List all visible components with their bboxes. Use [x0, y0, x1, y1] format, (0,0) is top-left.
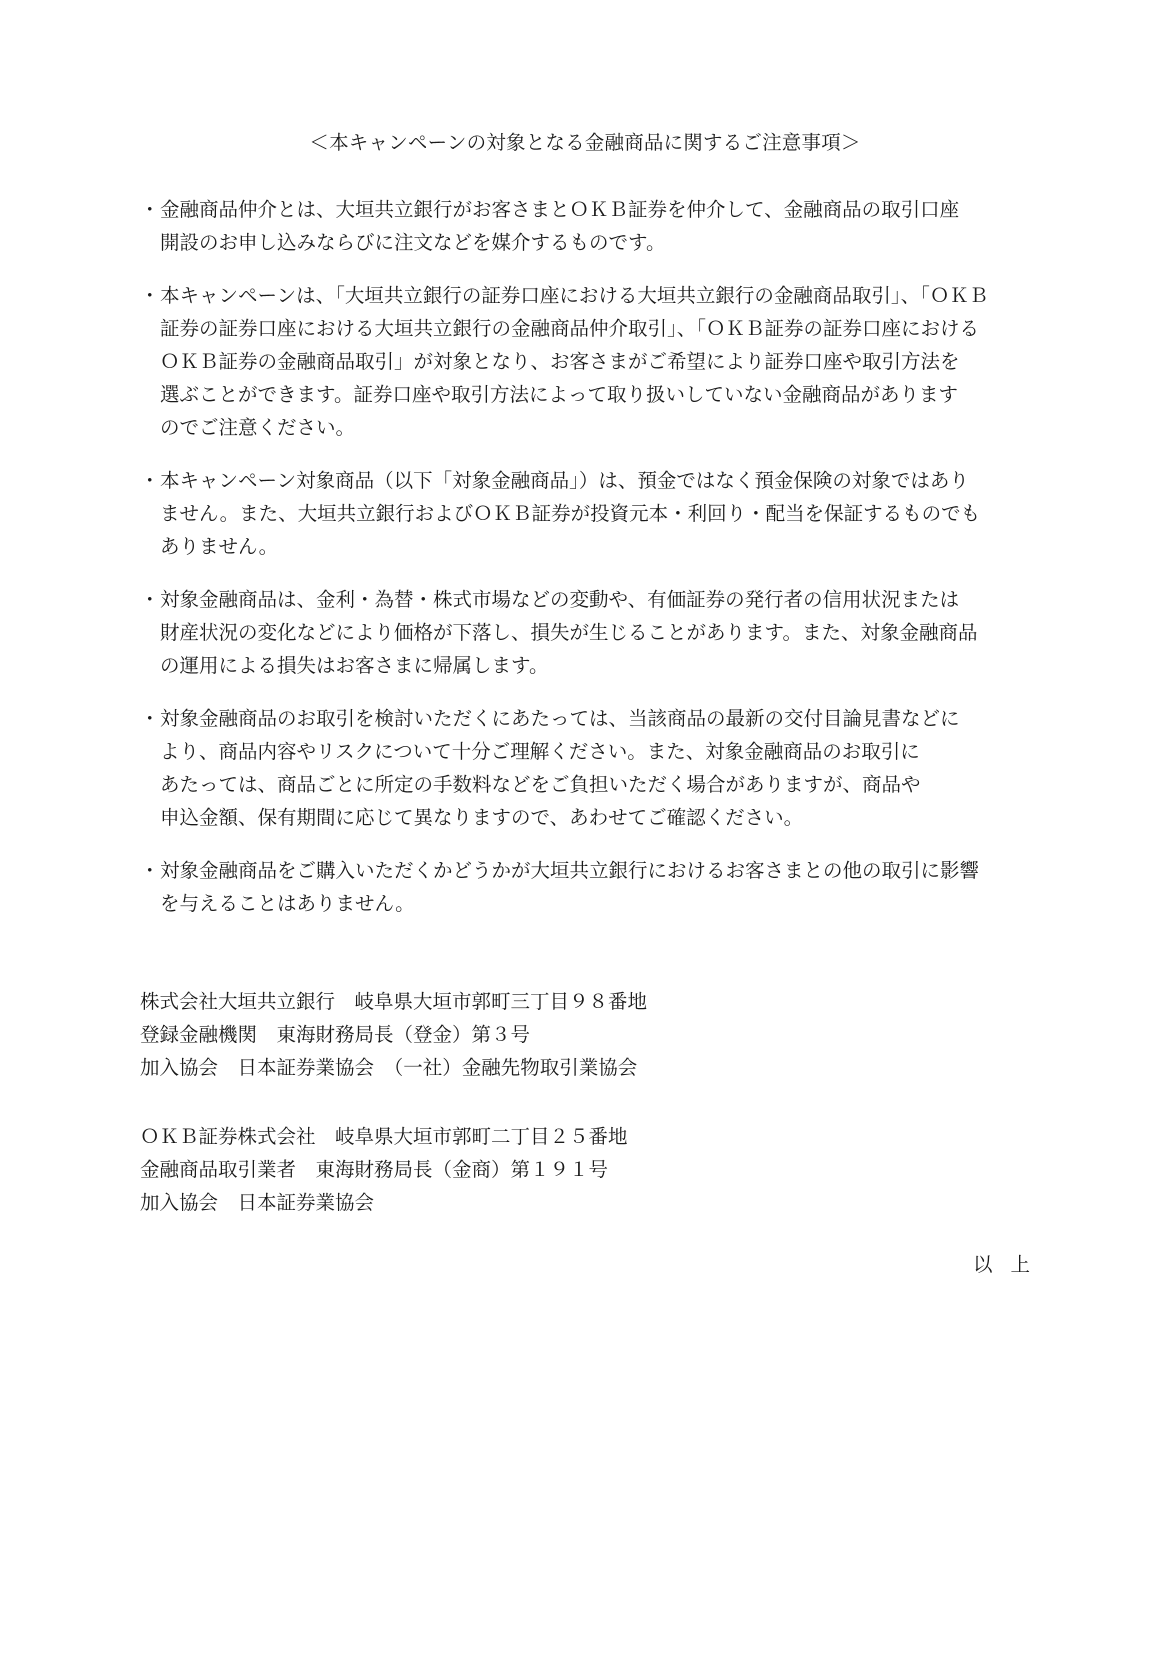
company-registration: 登録金融機関 東海財務局長（登金）第３号 — [140, 1018, 647, 1051]
notice-item-price-risk: ・ 対象金融商品は、金利・為替・株式市場などの変動や、有価証券の発行者の信用状況… — [140, 583, 1030, 682]
document-title: ＜本キャンペーンの対象となる金融商品に関するご注意事項＞ — [0, 128, 1170, 158]
bullet-icon: ・ — [140, 193, 160, 226]
notice-line: 証券の証券口座における大垣共立銀行の金融商品仲介取引」、「ＯＫＢ証券の証券口座に… — [160, 312, 1030, 345]
bullet-icon: ・ — [140, 464, 160, 497]
company-address: 株式会社大垣共立銀行 岐阜県大垣市郭町三丁目９８番地 — [140, 985, 647, 1018]
closing-mark: 以上 — [973, 1250, 1048, 1280]
bullet-icon: ・ — [140, 583, 160, 616]
notice-line: 申込金額、保有期間に応じて異なりますので、あわせてご確認ください。 — [160, 801, 1030, 834]
company-associations: 加入協会 日本証券業協会 — [140, 1186, 628, 1219]
notice-item-not-deposit: ・ 本キャンペーン対象商品（以下「対象金融商品」）は、預金ではなく預金保険の対象… — [140, 464, 1030, 563]
notice-item-prospectus-fees: ・ 対象金融商品のお取引を検討いただくにあたっては、当該商品の最新の交付目論見書… — [140, 702, 1030, 834]
notice-line: 本キャンペーンは、「大垣共立銀行の証券口座における大垣共立銀行の金融商品取引」、… — [160, 279, 1030, 312]
notice-item-campaign-scope: ・ 本キャンペーンは、「大垣共立銀行の証券口座における大垣共立銀行の金融商品取引… — [140, 279, 1030, 444]
notice-line: 対象金融商品のお取引を検討いただくにあたっては、当該商品の最新の交付目論見書など… — [160, 702, 1030, 735]
company-address: ＯＫＢ証券株式会社 岐阜県大垣市郭町二丁目２５番地 — [140, 1120, 628, 1153]
notice-item-no-impact: ・ 対象金融商品をご購入いただくかどうかが大垣共立銀行におけるお客さまとの他の取… — [140, 854, 1030, 920]
notice-line: ありません。 — [160, 530, 1030, 563]
bullet-icon: ・ — [140, 854, 160, 887]
notice-line: の運用による損失はお客さまに帰属します。 — [160, 649, 1030, 682]
notice-line: 選ぶことができます。証券口座や取引方法によって取り扱いしていない金融商品がありま… — [160, 378, 1030, 411]
company-registration: 金融商品取引業者 東海財務局長（金商）第１９１号 — [140, 1153, 628, 1186]
company-associations: 加入協会 日本証券業協会 （一社）金融先物取引業協会 — [140, 1051, 647, 1084]
notice-line: ません。また、大垣共立銀行およびＯＫＢ証券が投資元本・利回り・配当を保証するもの… — [160, 497, 1030, 530]
notice-line: 本キャンペーン対象商品（以下「対象金融商品」）は、預金ではなく預金保険の対象では… — [160, 464, 1030, 497]
notice-line: のでご注意ください。 — [160, 411, 1030, 444]
notice-line: を与えることはありません。 — [160, 887, 1030, 920]
bullet-icon: ・ — [140, 279, 160, 312]
bullet-icon: ・ — [140, 702, 160, 735]
notice-line: より、商品内容やリスクについて十分ご理解ください。また、対象金融商品のお取引に — [160, 735, 1030, 768]
notice-list: ・ 金融商品仲介とは、大垣共立銀行がお客さまとＯＫＢ証券を仲介して、金融商品の取… — [140, 193, 1030, 920]
notice-line: あたっては、商品ごとに所定の手数料などをご負担いただく場合がありますが、商品や — [160, 768, 1030, 801]
notice-line: 開設のお申し込みならびに注文などを媒介するものです。 — [160, 226, 1030, 259]
notice-line: 対象金融商品をご購入いただくかどうかが大垣共立銀行におけるお客さまとの他の取引に… — [160, 854, 1030, 887]
document-page: ＜本キャンペーンの対象となる金融商品に関するご注意事項＞ ・ 金融商品仲介とは、… — [0, 0, 1170, 1653]
company-info-okb-securities: ＯＫＢ証券株式会社 岐阜県大垣市郭町二丁目２５番地 金融商品取引業者 東海財務局… — [140, 1120, 628, 1219]
notice-line: 財産状況の変化などにより価格が下落し、損失が生じることがあります。また、対象金融… — [160, 616, 1030, 649]
notice-line: 金融商品仲介とは、大垣共立銀行がお客さまとＯＫＢ証券を仲介して、金融商品の取引口… — [160, 193, 1030, 226]
notice-line: ＯＫＢ証券の金融商品取引」が対象となり、お客さまがご希望により証券口座や取引方法… — [160, 345, 1030, 378]
notice-line: 対象金融商品は、金利・為替・株式市場などの変動や、有価証券の発行者の信用状況また… — [160, 583, 1030, 616]
company-info-okb-bank: 株式会社大垣共立銀行 岐阜県大垣市郭町三丁目９８番地 登録金融機関 東海財務局長… — [140, 985, 647, 1084]
notice-item-intermediary: ・ 金融商品仲介とは、大垣共立銀行がお客さまとＯＫＢ証券を仲介して、金融商品の取… — [140, 193, 1030, 259]
